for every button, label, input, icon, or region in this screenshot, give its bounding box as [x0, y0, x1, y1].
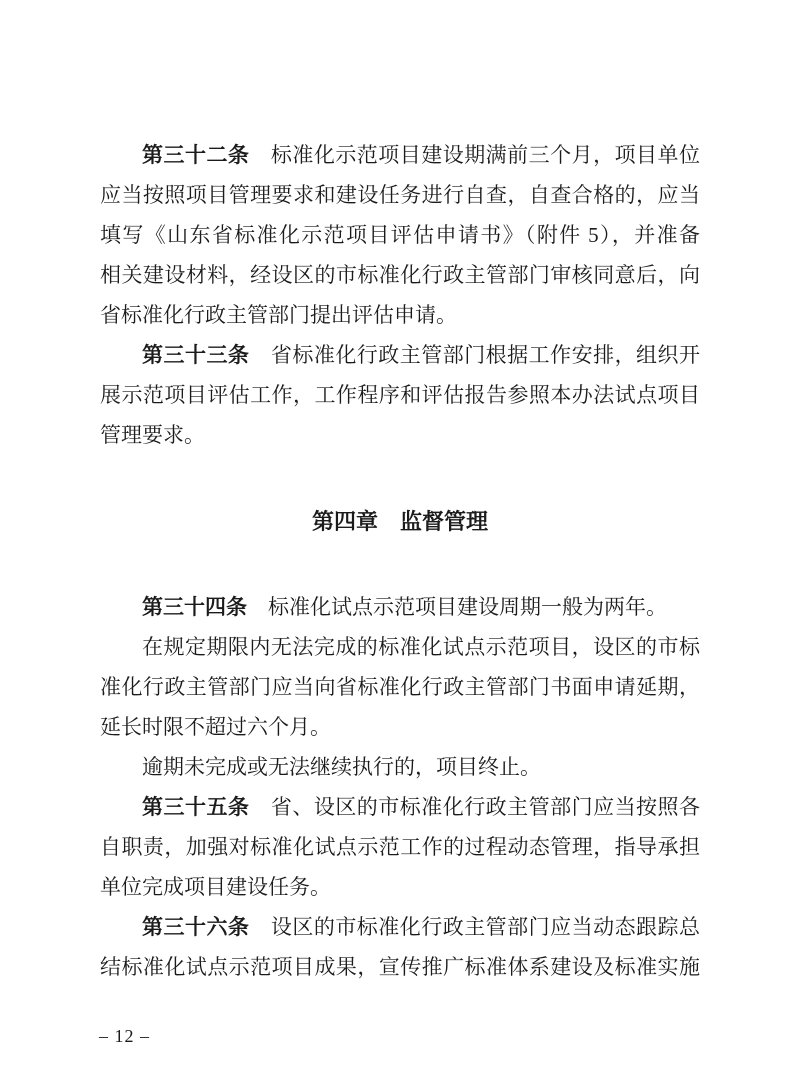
- article-32: 第三十二条 标准化示范项目建设期满前三个月，项目单位应当按照项目管理要求和建设任…: [100, 135, 700, 335]
- text-segment: 标准化试点示范项目建设周期一般为两年。: [247, 595, 667, 619]
- text-line: 延长时限不超过六个月。: [100, 707, 700, 747]
- article-number: 第三十四条: [142, 595, 247, 619]
- text-segment: 省、设区的市标准化行政主管部门应当按照各: [249, 795, 700, 819]
- text-segment: 管理要求。: [100, 423, 205, 447]
- text-line: 结标准化试点示范项目成果，宣传推广标准体系建设及标准实施: [100, 947, 700, 987]
- text-line: 准化行政主管部门应当向省标准化行政主管部门书面申请延期，: [100, 667, 700, 707]
- page-number: – 12 –: [99, 1023, 150, 1049]
- text-line: 填写《山东省标准化示范项目评估申请书》（附件 5），并准备: [100, 215, 700, 255]
- text-line: 应当按照项目管理要求和建设任务进行自查，自查合格的，应当: [100, 175, 700, 215]
- text-segment: 填写《山东省标准化示范项目评估申请书》（附件 5），并准备: [100, 223, 700, 247]
- chapter-4-heading: 第四章 监督管理: [100, 502, 700, 542]
- text-segment: 相关建设材料，经设区的市标准化行政主管部门审核同意后，向: [100, 263, 700, 287]
- text-segment: 准化行政主管部门应当向省标准化行政主管部门书面申请延期，: [100, 675, 700, 699]
- text-segment: 应当按照项目管理要求和建设任务进行自查，自查合格的，应当: [100, 183, 700, 207]
- text-segment: 省标准化行政主管部门根据工作安排，组织开: [249, 343, 700, 367]
- document-page: 第三十二条 标准化示范项目建设期满前三个月，项目单位应当按照项目管理要求和建设任…: [0, 0, 800, 1090]
- text-line: 逾期未完成或无法继续执行的，项目终止。: [100, 747, 700, 787]
- text-segment: 设区的市标准化行政主管部门应当动态跟踪总: [249, 915, 700, 939]
- article-34: 第三十四条 标准化试点示范项目建设周期一般为两年。: [100, 587, 700, 627]
- text-segment: 延长时限不超过六个月。: [100, 715, 331, 739]
- text-segment: 标准化示范项目建设期满前三个月，项目单位: [249, 143, 700, 167]
- article-34-extension: 在规定期限内无法完成的标准化试点示范项目，设区的市标准化行政主管部门应当向省标准…: [100, 627, 700, 747]
- text-line: 相关建设材料，经设区的市标准化行政主管部门审核同意后，向: [100, 255, 700, 295]
- text-segment: 自职责，加强对标准化试点示范工作的过程动态管理，指导承担: [100, 835, 700, 859]
- article-33: 第三十三条 省标准化行政主管部门根据工作安排，组织开展示范项目评估工作，工作程序…: [100, 335, 700, 455]
- text-segment: 逾期未完成或无法继续执行的，项目终止。: [142, 755, 541, 779]
- text-line: 自职责，加强对标准化试点示范工作的过程动态管理，指导承担: [100, 827, 700, 867]
- article-34-termination: 逾期未完成或无法继续执行的，项目终止。: [100, 747, 700, 787]
- text-line: 单位完成项目建设任务。: [100, 867, 700, 907]
- text-segment: 在规定期限内无法完成的标准化试点示范项目，设区的市标: [142, 635, 700, 659]
- article-number: 第三十五条: [142, 795, 249, 819]
- text-segment: 结标准化试点示范项目成果，宣传推广标准体系建设及标准实施: [100, 955, 700, 979]
- text-segment: 单位完成项目建设任务。: [100, 875, 331, 899]
- article-35: 第三十五条 省、设区的市标准化行政主管部门应当按照各自职责，加强对标准化试点示范…: [100, 787, 700, 907]
- text-line: 第三十四条 标准化试点示范项目建设周期一般为两年。: [100, 587, 700, 627]
- text-line: 在规定期限内无法完成的标准化试点示范项目，设区的市标: [100, 627, 700, 667]
- document-content: 第三十二条 标准化示范项目建设期满前三个月，项目单位应当按照项目管理要求和建设任…: [100, 135, 700, 987]
- text-line: 第三十二条 标准化示范项目建设期满前三个月，项目单位: [100, 135, 700, 175]
- text-line: 管理要求。: [100, 415, 700, 455]
- text-line: 第三十三条 省标准化行政主管部门根据工作安排，组织开: [100, 335, 700, 375]
- article-number: 第三十三条: [142, 343, 249, 367]
- article-36: 第三十六条 设区的市标准化行政主管部门应当动态跟踪总结标准化试点示范项目成果，宣…: [100, 907, 700, 987]
- text-segment: 展示范项目评估工作，工作程序和评估报告参照本办法试点项目: [100, 383, 700, 407]
- article-number: 第三十六条: [142, 915, 249, 939]
- text-line: 第三十六条 设区的市标准化行政主管部门应当动态跟踪总: [100, 907, 700, 947]
- text-line: 第三十五条 省、设区的市标准化行政主管部门应当按照各: [100, 787, 700, 827]
- text-line: 展示范项目评估工作，工作程序和评估报告参照本办法试点项目: [100, 375, 700, 415]
- text-segment: 省标准化行政主管部门提出评估申请。: [100, 303, 457, 327]
- text-line: 省标准化行政主管部门提出评估申请。: [100, 295, 700, 335]
- article-number: 第三十二条: [142, 143, 249, 167]
